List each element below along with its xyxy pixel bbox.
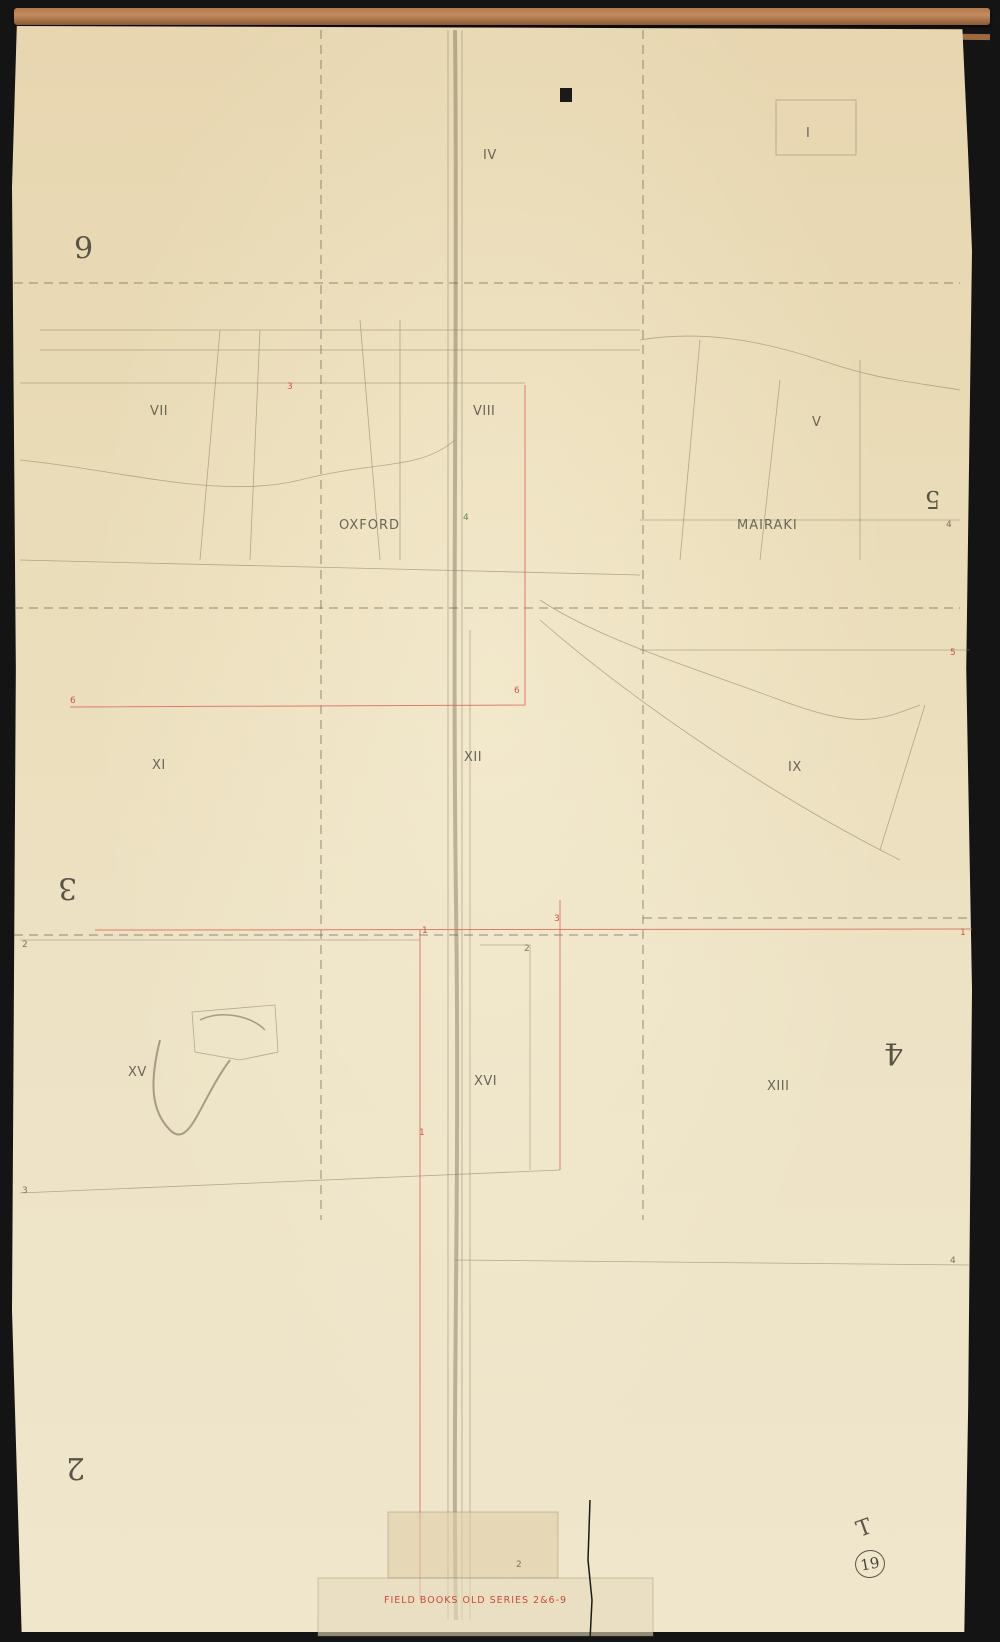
edge-number: 6 — [70, 696, 76, 706]
sheet-label-IX: IX — [788, 760, 802, 775]
sheet-label-I: I — [806, 126, 810, 141]
handwritten-number-6: 6 — [74, 228, 93, 263]
red-line-1 — [95, 929, 972, 930]
edge-number: 4 — [950, 1256, 956, 1266]
edge-number: 1 — [422, 926, 428, 936]
handwritten-number-2: 2 — [66, 1450, 85, 1485]
edge-number: 2 — [524, 944, 530, 954]
sheet-label-IV: IV — [483, 148, 497, 163]
edge-number: 3 — [554, 914, 560, 924]
edge-number: 5 — [950, 648, 956, 658]
edge-number: 4 — [946, 520, 952, 530]
place-name-oxford: OXFORD — [339, 518, 400, 533]
tear-hole — [560, 88, 572, 102]
edge-number: 6 — [514, 686, 520, 696]
edge-number: 3 — [22, 1186, 28, 1196]
sheet-label-VII: VII — [150, 404, 168, 419]
sheet-label-XVI: XVI — [474, 1074, 497, 1089]
edge-number: 2 — [22, 940, 28, 950]
place-name-mairaki: MAIRAKI — [737, 518, 798, 533]
edge-number: 3 — [287, 382, 293, 392]
edge-number: 1 — [960, 928, 966, 938]
sheet-label-XIII: XIII — [767, 1079, 789, 1094]
sheet-label-V: V — [812, 415, 821, 430]
handwritten-number-3: 3 — [58, 870, 77, 905]
edge-number: 4 — [463, 513, 469, 523]
sheet-label-XII: XII — [464, 750, 482, 765]
central-fold-stain — [455, 30, 458, 1620]
sheet-label-XI: XI — [152, 758, 166, 773]
edge-number: 2 — [516, 1560, 522, 1570]
archive-stamp: FIELD BOOKS OLD SERIES 2&6-9 — [384, 1595, 567, 1606]
map-linework — [0, 0, 1000, 1642]
handwritten-number-4: 4 — [884, 1035, 903, 1070]
edge-number: 1 — [419, 1128, 425, 1138]
sheet-label-VIII: VIII — [473, 404, 495, 419]
handwritten-number-5: 5 — [925, 485, 940, 513]
sheet-label-XV: XV — [128, 1065, 147, 1080]
